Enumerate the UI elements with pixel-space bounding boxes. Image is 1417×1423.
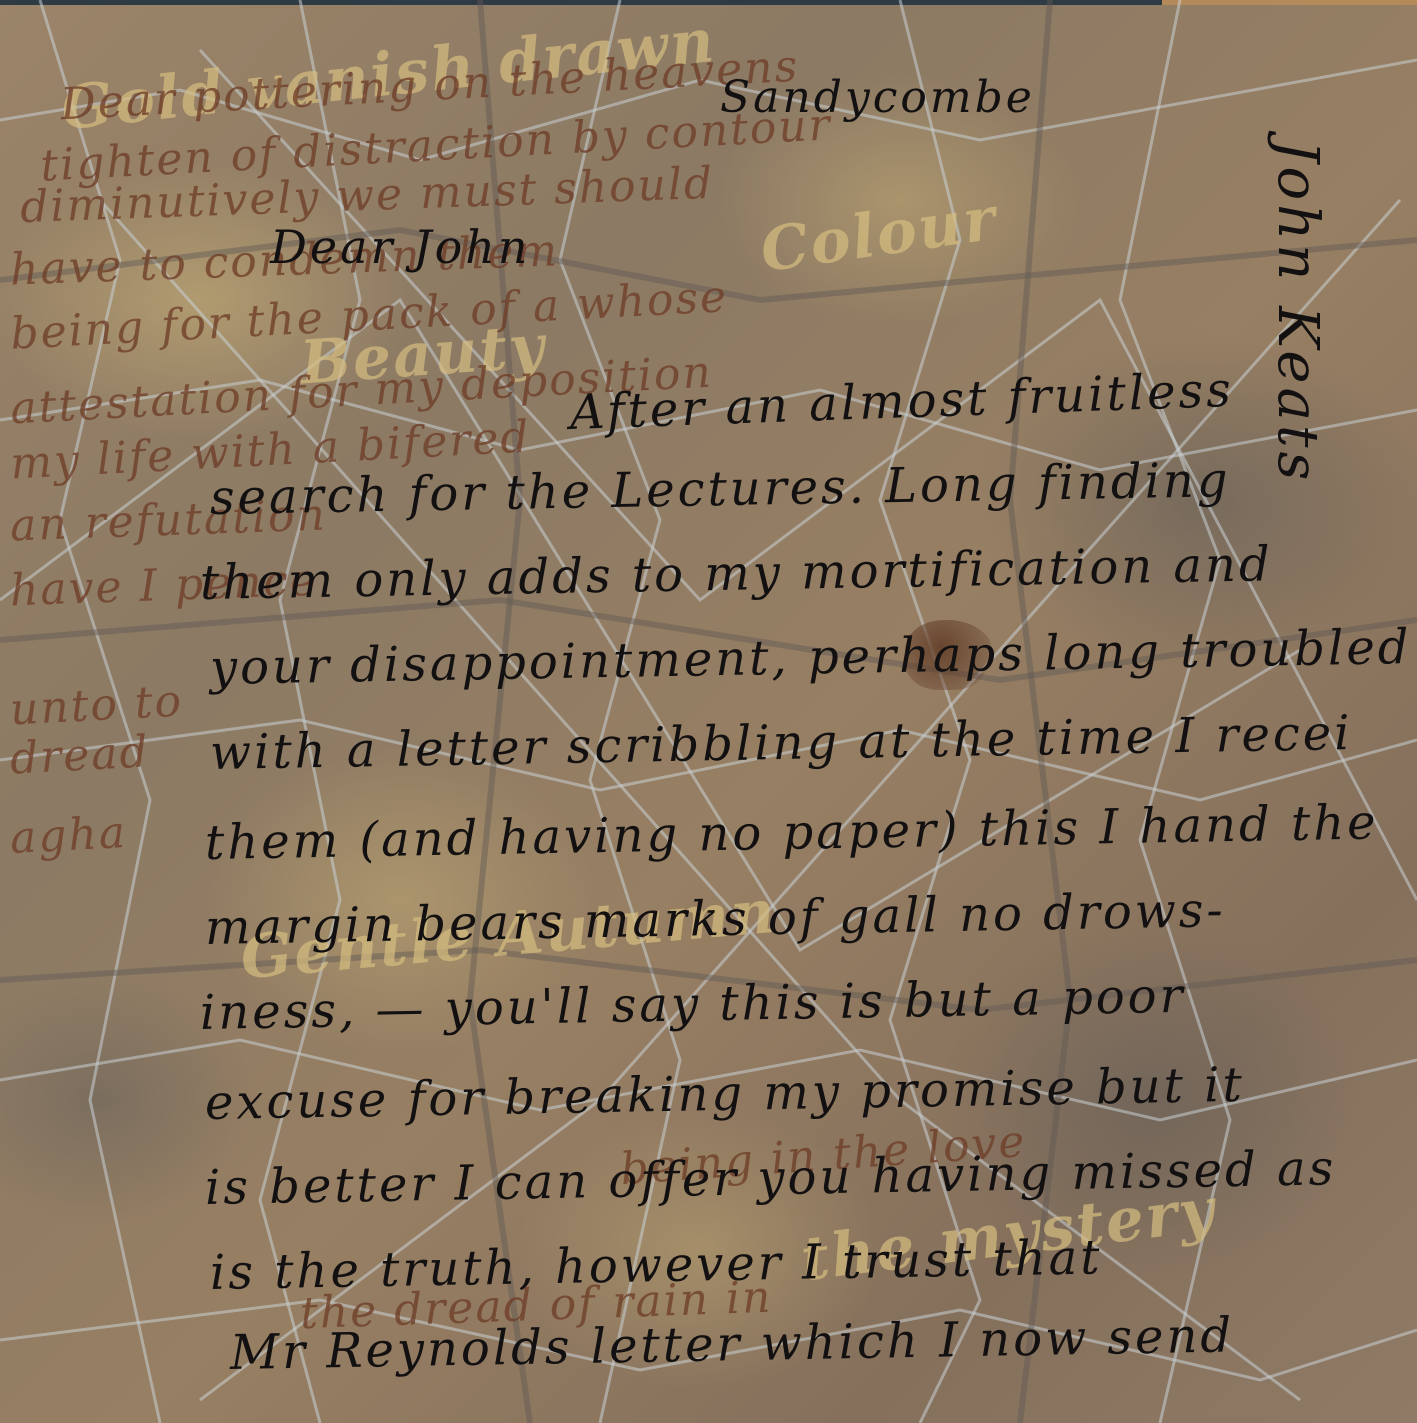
brown-script: dread bbox=[9, 726, 151, 784]
artwork-canvas: Gold vanish drawn Beauty Colour Gentle A… bbox=[0, 0, 1417, 1423]
letter-place: Sandycombe bbox=[720, 72, 1035, 123]
brown-script: agha bbox=[9, 807, 128, 864]
signature: John Keats bbox=[1265, 140, 1330, 484]
letter-salutation: Dear John bbox=[270, 220, 531, 274]
brown-script: unto to bbox=[9, 676, 184, 736]
